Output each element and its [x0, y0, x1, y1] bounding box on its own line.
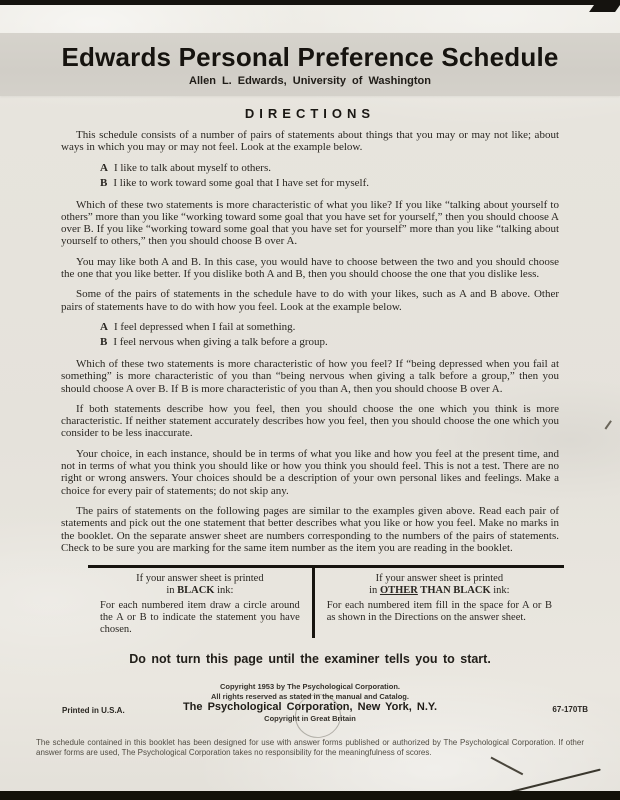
choice-b-text: I like to work toward some goal that I h… — [113, 177, 369, 189]
black-ink-heading: If your answer sheet is printed in BLACK… — [100, 573, 300, 597]
choice-a-text: I like to talk about myself to others. — [114, 162, 271, 174]
black-ink-name: BLACK — [177, 585, 214, 596]
other-ink-heading: If your answer sheet is printed in OTHER… — [327, 573, 552, 597]
choice-a-text: I feel depressed when I fail at somethin… — [114, 321, 295, 333]
scanned-test-booklet-page: Edwards Personal Preference Schedule All… — [0, 0, 620, 800]
other-ink-suffix: ink: — [491, 585, 510, 596]
other-ink-name-underlined: OTHER — [380, 585, 418, 596]
black-ink-heading-line1: If your answer sheet is printed — [136, 573, 263, 584]
choice-b-label: B — [100, 177, 107, 189]
example-feelings: AI feel depressed when I fail at somethi… — [100, 320, 559, 350]
paragraph-your-choice: Your choice, in each instance, should be… — [61, 448, 559, 497]
example-item-a: AI like to talk about myself to others. — [100, 161, 559, 176]
choice-b-label: B — [100, 336, 107, 348]
scan-edge-bottom — [0, 791, 620, 800]
black-ink-in-word: in — [166, 585, 177, 596]
directions-body: This schedule consists of a number of pa… — [0, 129, 620, 554]
answer-forms-disclaimer: The schedule contained in this booklet h… — [36, 738, 584, 759]
paragraph-both-describe: If both statements describe how you feel… — [61, 403, 559, 440]
paragraph-which-feel: Which of these two statements is more ch… — [61, 358, 559, 395]
copyright-line1: Copyright 1953 by The Psychological Corp… — [0, 682, 620, 692]
other-ink-column: If your answer sheet is printed in OTHER… — [315, 568, 564, 638]
printed-in-usa: Printed in U.S.A. — [62, 706, 125, 715]
example-item-b: BI feel nervous when giving a talk befor… — [100, 335, 559, 350]
paragraph-which-like: Which of these two statements is more ch… — [61, 199, 559, 248]
example-item-a: AI feel depressed when I fail at somethi… — [100, 320, 559, 335]
crease-mark — [491, 756, 523, 774]
paragraph-both-ab: You may like both A and B. In this case,… — [61, 256, 559, 281]
other-ink-heading-line1: If your answer sheet is printed — [376, 573, 503, 584]
black-ink-column: If your answer sheet is printed in BLACK… — [88, 568, 315, 638]
other-ink-instructions: For each numbered item fill in the space… — [327, 600, 552, 624]
choice-a-label: A — [100, 321, 108, 333]
form-code: 67-170TB — [552, 705, 588, 714]
masthead-band: Edwards Personal Preference Schedule All… — [0, 33, 620, 96]
author-line: Allen L. Edwards, University of Washingt… — [0, 75, 620, 87]
do-not-turn-notice: Do not turn this page until the examiner… — [0, 652, 620, 666]
example-likes: AI like to talk about myself to others. … — [100, 161, 559, 191]
choice-a-label: A — [100, 162, 108, 174]
choice-b-text: I feel nervous when giving a talk before… — [113, 336, 327, 348]
scan-edge-top — [0, 0, 620, 5]
paragraph-some-pairs: Some of the pairs of statements in the s… — [61, 288, 559, 313]
other-ink-name-rest: THAN BLACK — [418, 585, 491, 596]
paragraph-following-pages: The pairs of statements on the following… — [61, 505, 559, 554]
page-title: Edwards Personal Preference Schedule — [0, 43, 620, 71]
answer-sheet-instructions-box: If your answer sheet is printed in BLACK… — [88, 565, 564, 638]
paragraph-intro: This schedule consists of a number of pa… — [61, 129, 559, 154]
black-ink-instructions: For each numbered item draw a circle aro… — [100, 600, 300, 637]
example-item-b: BI like to work toward some goal that I … — [100, 176, 559, 191]
black-ink-suffix: ink: — [214, 585, 233, 596]
directions-heading: DIRECTIONS — [0, 106, 620, 121]
other-ink-in-word: in — [369, 585, 380, 596]
